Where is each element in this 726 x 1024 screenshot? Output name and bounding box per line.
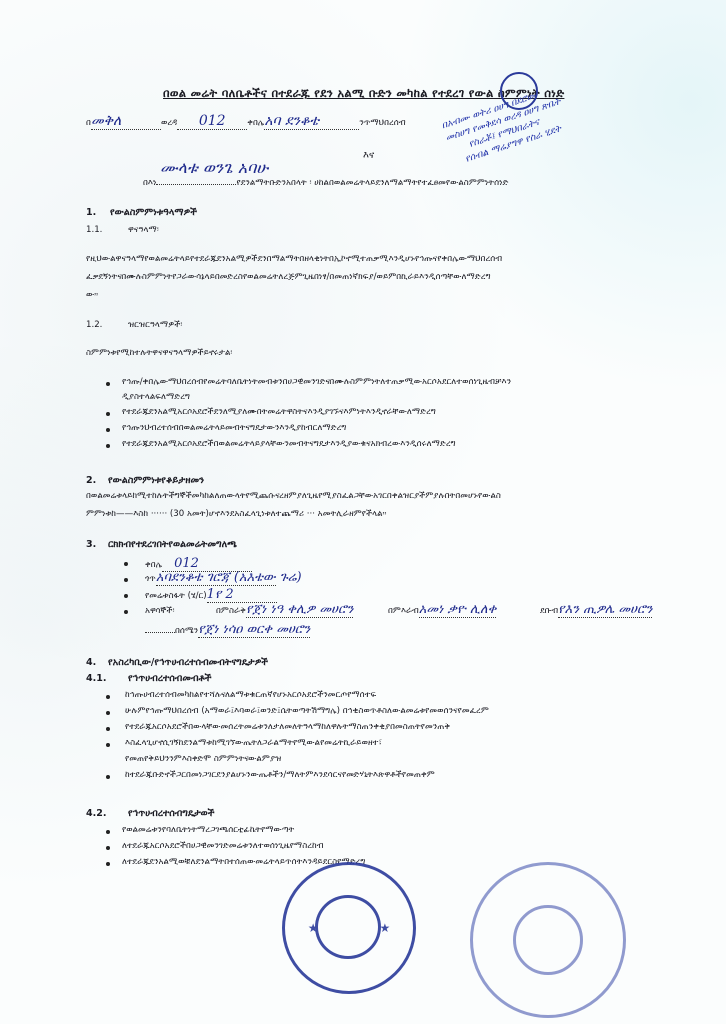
section-3-number: 3.: [86, 539, 96, 550]
section-4-1-bullet: የተደራጁአርሶአደሮችበውላቸውመሰረትመሬቱንለታለመለትዓላማከለዋሉትማ…: [125, 722, 450, 732]
kebele-field-value: 012: [162, 556, 199, 571]
goth-field-value: አባደንቆቴ ገሮጃ (አእቴው ጉሬ): [156, 570, 302, 585]
header-suffix: ንጥማህበረሰብ: [359, 118, 405, 128]
north-field-value: የጀነ ነሳዐ ወርቀ መሀሮን: [198, 622, 310, 637]
section-4-1-heading: የኅጥሀብረተሰብመብቶች: [128, 673, 211, 684]
section-1-2-bullet: የተደራጁደንአልሚአርሶአደሮችደንለሚያለሙበትመሬትዋስትናእንዲያገኙና…: [122, 407, 436, 417]
section-4-number: 4.: [86, 657, 96, 668]
section-1-2-number: 1.2.: [86, 320, 102, 330]
goth-field-label: ጎጥ: [145, 574, 156, 584]
section-4-heading: የአስረካቢው/የኅጥሀብረተሰብመብትናግዴታዎች: [108, 657, 268, 668]
bullet-icon: [124, 594, 128, 598]
section-1-2-intro: ስምምነቱየሚከተሉትዋናዋናዓላማዎችይኖሩታል፡: [86, 348, 232, 358]
east-field-value: የጀነ ነዓ ቀሊዎ መሀሮን: [246, 602, 353, 617]
and-word: እና: [363, 150, 374, 161]
bullet-icon: [124, 562, 128, 566]
kebele-field-label: ቀበሌ: [145, 560, 162, 570]
north-field-label: በሰሜን: [175, 626, 198, 636]
kebele-value: አባ ደንቆቴ: [264, 113, 319, 129]
goth-field: ጎጥአባደንቆቴ ገሮጃ (አእቴው ጉሬ): [145, 570, 276, 586]
bullet-icon: [106, 830, 110, 834]
east-field-label: በምስራቅ: [216, 606, 246, 616]
south-field-value: የእን ጢዎሌ መሀሮን: [558, 602, 652, 617]
section-4-1-bullet: ከኅጡሀብረተሰብመካከልየተሻሉናለልማቱቁርጠኛየሆኑአርሶአደሮችንመርጦ…: [125, 690, 376, 700]
west-field-label: በምእራብ: [388, 606, 419, 616]
bullet-icon: [106, 862, 110, 866]
section-1-2-bullet: የኅጡንህብረተሰብበወልመሬትላይመብትናግዴታውንእንዲያከብርለማድረግ: [122, 423, 346, 433]
section-1-2-bullet: የተደራጁደንአልሚአርሶአደሮችበወልመሬትላይያላቸውንመብትናግዴታእንዲ…: [122, 439, 456, 449]
bullet-icon: [106, 695, 110, 699]
south-field-label: ደቡብ: [540, 606, 558, 616]
header-location-line: በመቅለወረዳ012ቀበሌአባ ደንቆቴንጥማህበረሰብ: [86, 113, 406, 130]
section-1-number: 1.: [86, 207, 96, 218]
bullet-icon: [106, 743, 110, 747]
small-top-seal-icon: [500, 72, 538, 110]
woreda-value: 012: [199, 113, 226, 129]
section-4-2-number: 4.2.: [86, 808, 106, 819]
section-1-1-para-line: የዚህውልዋናዓላማየወልመሬትላይየተደራጁደንአልሚዎችደንበማልማትበዘላ…: [86, 254, 502, 264]
section-1-1-para-line: ፈቃደኝነትናበሙሉስምምነትየጋራውሳኔላይበመድረስየወልመሬትለረጅምጊዜ…: [86, 272, 491, 282]
bullet-icon: [106, 412, 110, 416]
section-4-1-bullet: እስፈላጊሆኖሲገኝከደንልማቱከሚገኘውጤትለጋራልማትየሚውልየመሬትኪራይ…: [125, 738, 382, 748]
section-1-2-bullet-cont: ዲያስተላልፍለማድረግ: [122, 392, 190, 402]
right-official-seal-icon: [470, 862, 626, 1018]
section-2-number: 2.: [86, 475, 96, 486]
bullet-icon: [106, 711, 110, 715]
west-field-value: አመነ ቃዮ ሊለቀ: [419, 602, 497, 617]
north-field: በሰሜንየጀነ ነሳዐ ወርቀ መሀሮን: [145, 622, 310, 638]
woreda-label: ወረዳ: [161, 118, 177, 128]
section-1-2-heading: ዝርዝርዓላማዎች፡: [128, 320, 182, 330]
group-suffix: የደንልማትቡድንአበላት ፡ ሀከልበወልመሬትላይደንለማልማትየተፈፀመየ…: [236, 178, 508, 188]
section-4-2-bullet: ለተደራጁአርሶአደሮችበሀጋዊመንገድመሬቱንለተወሰነጊዜየማስረከብ: [122, 841, 324, 851]
bullet-icon: [106, 727, 110, 731]
section-4-2-heading: የኅጥሀብረተሰብግዴታወች: [128, 808, 214, 819]
area-field: የመሬቱስፋት (ሄ/ር)1የ 2: [145, 587, 277, 603]
area-field-label: የመሬቱስፋት (ሄ/ር): [145, 591, 207, 601]
neighbors-label: አዋሳኞች፡: [145, 606, 175, 616]
area-field-value: 1የ 2: [207, 587, 234, 602]
group-line: በእነየደንልማትቡድንአበላት ፡ ሀከልበወልመሬትላይደንለማልማትየተፈ…: [143, 178, 509, 188]
section-2-heading: የውልስምምነቱየቆይታዘመን: [108, 475, 204, 486]
bullet-icon: [106, 382, 110, 386]
group-name-handwritten: ሙላቱ ወንጌ አባሁ: [160, 158, 268, 178]
section-4-1-bullet: ከተደራጁቡድኖችጋርበመነጋገርደንያልሆኑንውጤቶችን/ማለትምእንደሳርና…: [125, 770, 435, 780]
section-4-1-bullet: ሁሉምየኅጡማህበረሰብ (አማወራ፤እባወራ፤ወንድ፤ሴትወጣትሽማግሌ) በ…: [125, 706, 489, 716]
section-2-para-line: ምምነቱከ——እስከ ······ (30 አመት)ሆኖእንደአስፈላጊነቱለተ…: [86, 509, 387, 519]
bullet-icon: [106, 428, 110, 432]
section-4-1-bullet-cont: የመጠየቅይህንንምእስቀድሞ ስምምነትናውልምያዝ: [125, 754, 281, 764]
section-1-heading: የውልስምምነቱዓላማዎች: [110, 207, 197, 218]
section-2-para-line: በወልመሬቱላይከሚተከሉትችግኞችመካከልለጠውላትየሚጨሱናረዘምያለጊዜየ…: [86, 491, 501, 501]
section-1-1-heading: ዋናዓላማ፡: [128, 225, 159, 235]
section-1-2-bullet: የኅጡ/ቀበሌውማህበረሰብየመሬትባለቤትነትመብቱንበሀጋዊመንገድናበሙሉ…: [122, 377, 511, 387]
section-4-2-bullet: የወልመሬቱንየባለቤትነትማረጋገጫሰርቲፊኬትየማውጣት: [122, 825, 294, 835]
south-field: ደቡብየእን ጢዎሌ መሀሮን: [540, 602, 652, 618]
group-prefix: በእነ: [143, 178, 156, 188]
section-1-1-number: 1.1.: [86, 225, 102, 235]
left-official-seal-icon: ★ ★: [282, 862, 416, 994]
east-field: በምስራቅየጀነ ነዓ ቀሊዎ መሀሮን: [216, 602, 353, 618]
bullet-icon: [124, 578, 128, 582]
section-1-1-para-line: ው።: [86, 290, 98, 300]
zone-value: መቅለ: [91, 113, 121, 129]
bullet-icon: [106, 775, 110, 779]
kebele-label: ቀበሌ: [247, 118, 264, 128]
bullet-icon: [106, 444, 110, 448]
bullet-icon: [124, 610, 128, 614]
bullet-icon: [106, 846, 110, 850]
star-icon: ★ ★: [285, 921, 413, 935]
west-field: በምእራብአመነ ቃዮ ሊለቀ: [388, 602, 496, 618]
right-seal-inner-ring: [513, 905, 583, 975]
section-4-1-number: 4.1.: [86, 673, 106, 684]
section-3-heading: ርክክብየተደረገበትየወልመሬትመግለጫ: [108, 539, 237, 550]
